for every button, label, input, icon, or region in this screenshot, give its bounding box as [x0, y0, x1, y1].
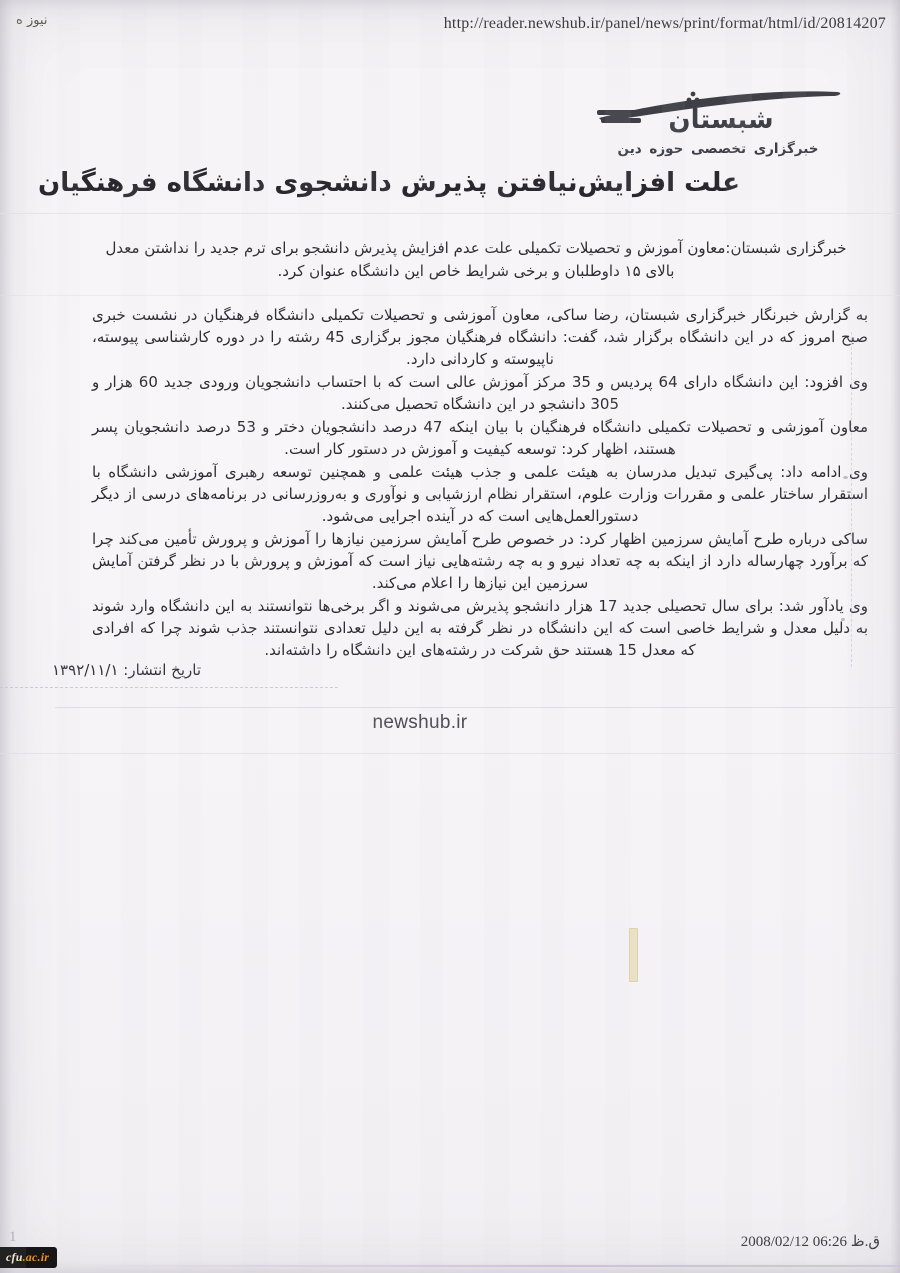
logo-brand-text: شبستان	[668, 105, 773, 135]
shabestan-calligraphy-icon: شبستان	[593, 84, 843, 140]
scanned-document-page: نیوز ه http://reader.newshub.ir/panel/ne…	[0, 0, 900, 1273]
article-body: به گزارش خبرنگار خبرگزاری شبستان، رضا سا…	[92, 304, 868, 662]
shabestan-logo: شبستان خبرگزاری تخصصی حوزه دین	[578, 84, 858, 157]
cfu-watermark-domain: .ac.ir	[23, 1250, 50, 1265]
logo-tagline: خبرگزاری تخصصی حوزه دین	[578, 141, 858, 157]
tape-strip-artifact	[629, 928, 638, 982]
vertical-crease	[851, 332, 852, 667]
scan-edge-line	[100, 1265, 900, 1267]
fold-line	[55, 707, 895, 708]
article-paragraph: معاون آموزشی و تحصیلات تکمیلی دانشگاه فر…	[92, 416, 868, 460]
article-lead: خبرگزاری شبستان:معاون آموزش و تحصیلات تک…	[90, 237, 862, 283]
article-paragraph: وی افزود: این دانشگاه دارای 64 پردیس و 3…	[92, 371, 868, 415]
scan-speck	[841, 618, 845, 621]
fold-line	[0, 295, 900, 296]
print-timestamp: 2008/02/12 06:26 ق.ظ	[741, 1232, 880, 1251]
pencil-page-mark: 1	[9, 1229, 17, 1246]
fold-line	[0, 753, 900, 754]
publish-date: تاریخ انتشار: ۱۳۹۲/۱۱/۱	[52, 661, 201, 679]
article-headline: علت افزایش‌نیافتن پذیرش دانشجوی دانشگاه …	[38, 168, 858, 198]
site-name: newshub.ir	[0, 712, 840, 734]
corner-note: نیوز ه	[16, 13, 47, 28]
print-url: http://reader.newshub.ir/panel/news/prin…	[444, 15, 886, 33]
cfu-watermark-badge: cfu.ac.ir	[0, 1247, 57, 1268]
cfu-watermark-text: cfu	[6, 1250, 23, 1265]
article-paragraph: وی یادآور شد: برای سال تحصیلی جدید 17 هز…	[92, 595, 868, 661]
article-paragraph: وی ادامه داد: پی‌گیری تبدیل مدرسان به هی…	[92, 461, 868, 527]
article-paragraph: به گزارش خبرنگار خبرگزاری شبستان، رضا سا…	[92, 304, 868, 370]
fold-line	[0, 213, 900, 214]
article-paragraph: ساکی درباره طرح آمایش سرزمین اظهار کرد: …	[92, 528, 868, 594]
scan-speck	[843, 476, 848, 479]
fold-line	[0, 687, 338, 688]
